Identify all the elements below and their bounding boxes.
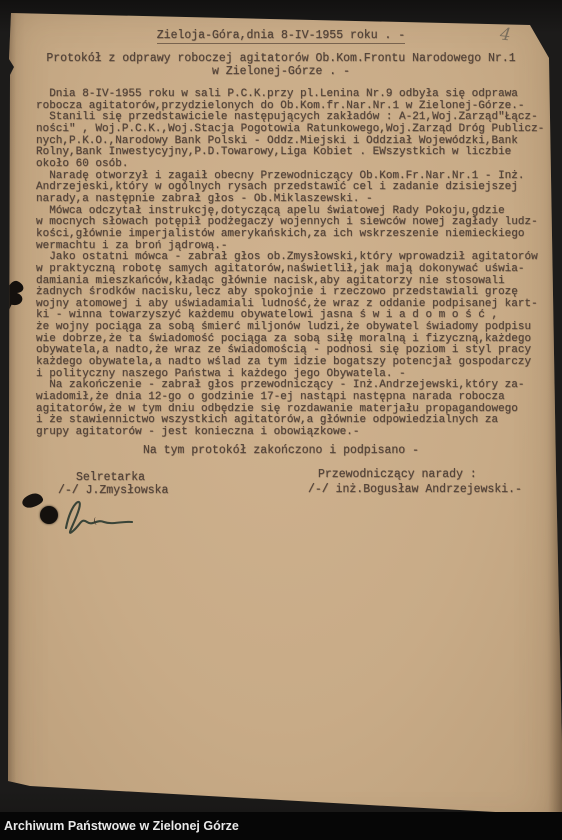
archive-caption-bar: Archiwum Państwowe w Zielonej Górze <box>0 812 562 840</box>
document-body: Dnia 8-IV-1955 roku w sali P.C.K.przy pl… <box>36 89 552 439</box>
dateline: Zieloja-Góra,dnia 8-IV-1955 roku . - <box>0 29 562 42</box>
signature-chairman-name: /-/ inż.Bogusław Andrzejewski.- <box>308 483 522 496</box>
paragraph: Dnia 8-IV-1955 roku w sali P.C.K.przy pl… <box>36 89 552 112</box>
paragraph: Naradę otworzył i zagaił obecny Przewodn… <box>36 171 552 206</box>
dateline-text: Zieloja-Góra,dnia 8-IV-1955 roku . - <box>157 29 405 44</box>
paragraph: Jako ostatni mówca - zabrał głos ob.Zmys… <box>36 252 552 380</box>
archival-scan-page: { "page": { "page_number_annotation": "4… <box>0 0 562 840</box>
scanned-paper-sheet: Zieloja-Góra,dnia 8-IV-1955 roku . - Pro… <box>0 0 562 840</box>
ink-blot-mark <box>0 280 28 327</box>
closing-line: Na tym protokół zakończono i podpisano - <box>0 444 562 457</box>
document-title-line2: w Zielonej-Górze . - <box>0 66 562 79</box>
paragraph: Mówca odczytał instrukcję,dotyczącą apel… <box>36 206 552 253</box>
ink-speck <box>93 517 99 526</box>
paragraph: Stanili się przedstawiciele następującyc… <box>36 112 552 170</box>
signature-chairman-role: Przewodniczący narady : <box>318 468 477 481</box>
document-title: Protokół z odprawy roboczej agitatorów O… <box>0 53 562 78</box>
document-title-line1: Protokół z odprawy roboczej agitatorów O… <box>0 53 562 66</box>
page-number-annotation: 4 <box>499 24 512 45</box>
punch-hole-mark <box>40 506 58 524</box>
signature-secretary-role: Selretarka <box>76 471 145 484</box>
paragraph: Na zakończenie - zabrał głos przewodnicz… <box>36 380 552 438</box>
ink-blot-mark <box>21 492 45 510</box>
archive-caption-label: Archiwum Państwowe w Zielonej Górze <box>4 819 239 833</box>
